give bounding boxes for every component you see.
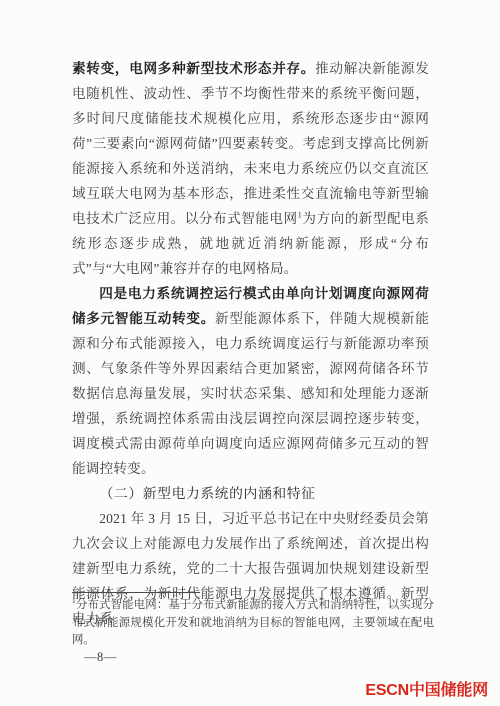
document-body: 素转变，电网多种新型技术形态并存。推动解决新能源发电随机性、波动性、季节不均衡性… — [72, 56, 429, 631]
section-heading: （二）新型电力系统的内涵和特征 — [72, 481, 429, 506]
paragraph: 四是电力系统调控运行模式由单向计划调度向源网荷储多元智能互动转变。新型能源体系下… — [72, 281, 429, 481]
paragraph: 素转变，电网多种新型技术形态并存。推动解决新能源发电随机性、波动性、季节不均衡性… — [72, 56, 429, 281]
footnote: 1分布式智能电网：基于分布式新能源的接入方式和消纳特性，以实现分布式新能源规模化… — [72, 597, 434, 650]
document-page: 素转变，电网多种新型技术形态并存。推动解决新能源发电随机性、波动性、季节不均衡性… — [0, 0, 500, 706]
text-run: （二）新型电力系统的内涵和特征 — [100, 486, 316, 501]
footnote-text: 分布式智能电网：基于分布式新能源的接入方式和消纳特性，以实现分布式新能源规模化开… — [72, 599, 434, 646]
page-number: —8— — [84, 650, 117, 665]
escn-logo: ESCN中国储能网 — [365, 677, 488, 700]
text-run: 素转变，电网多种新型技术形态并存。 — [72, 61, 315, 76]
footnote-separator-rule — [72, 592, 200, 593]
text-run: 推动解决新能源发电随机性、波动性、季节不均衡性带来的系统平衡问题，多时间尺度储能… — [72, 61, 429, 226]
text-run: 新型能源体系下，伴随大规模新能源和分布式能源接入，电力系统调度运行与新能源功率预… — [72, 311, 429, 476]
